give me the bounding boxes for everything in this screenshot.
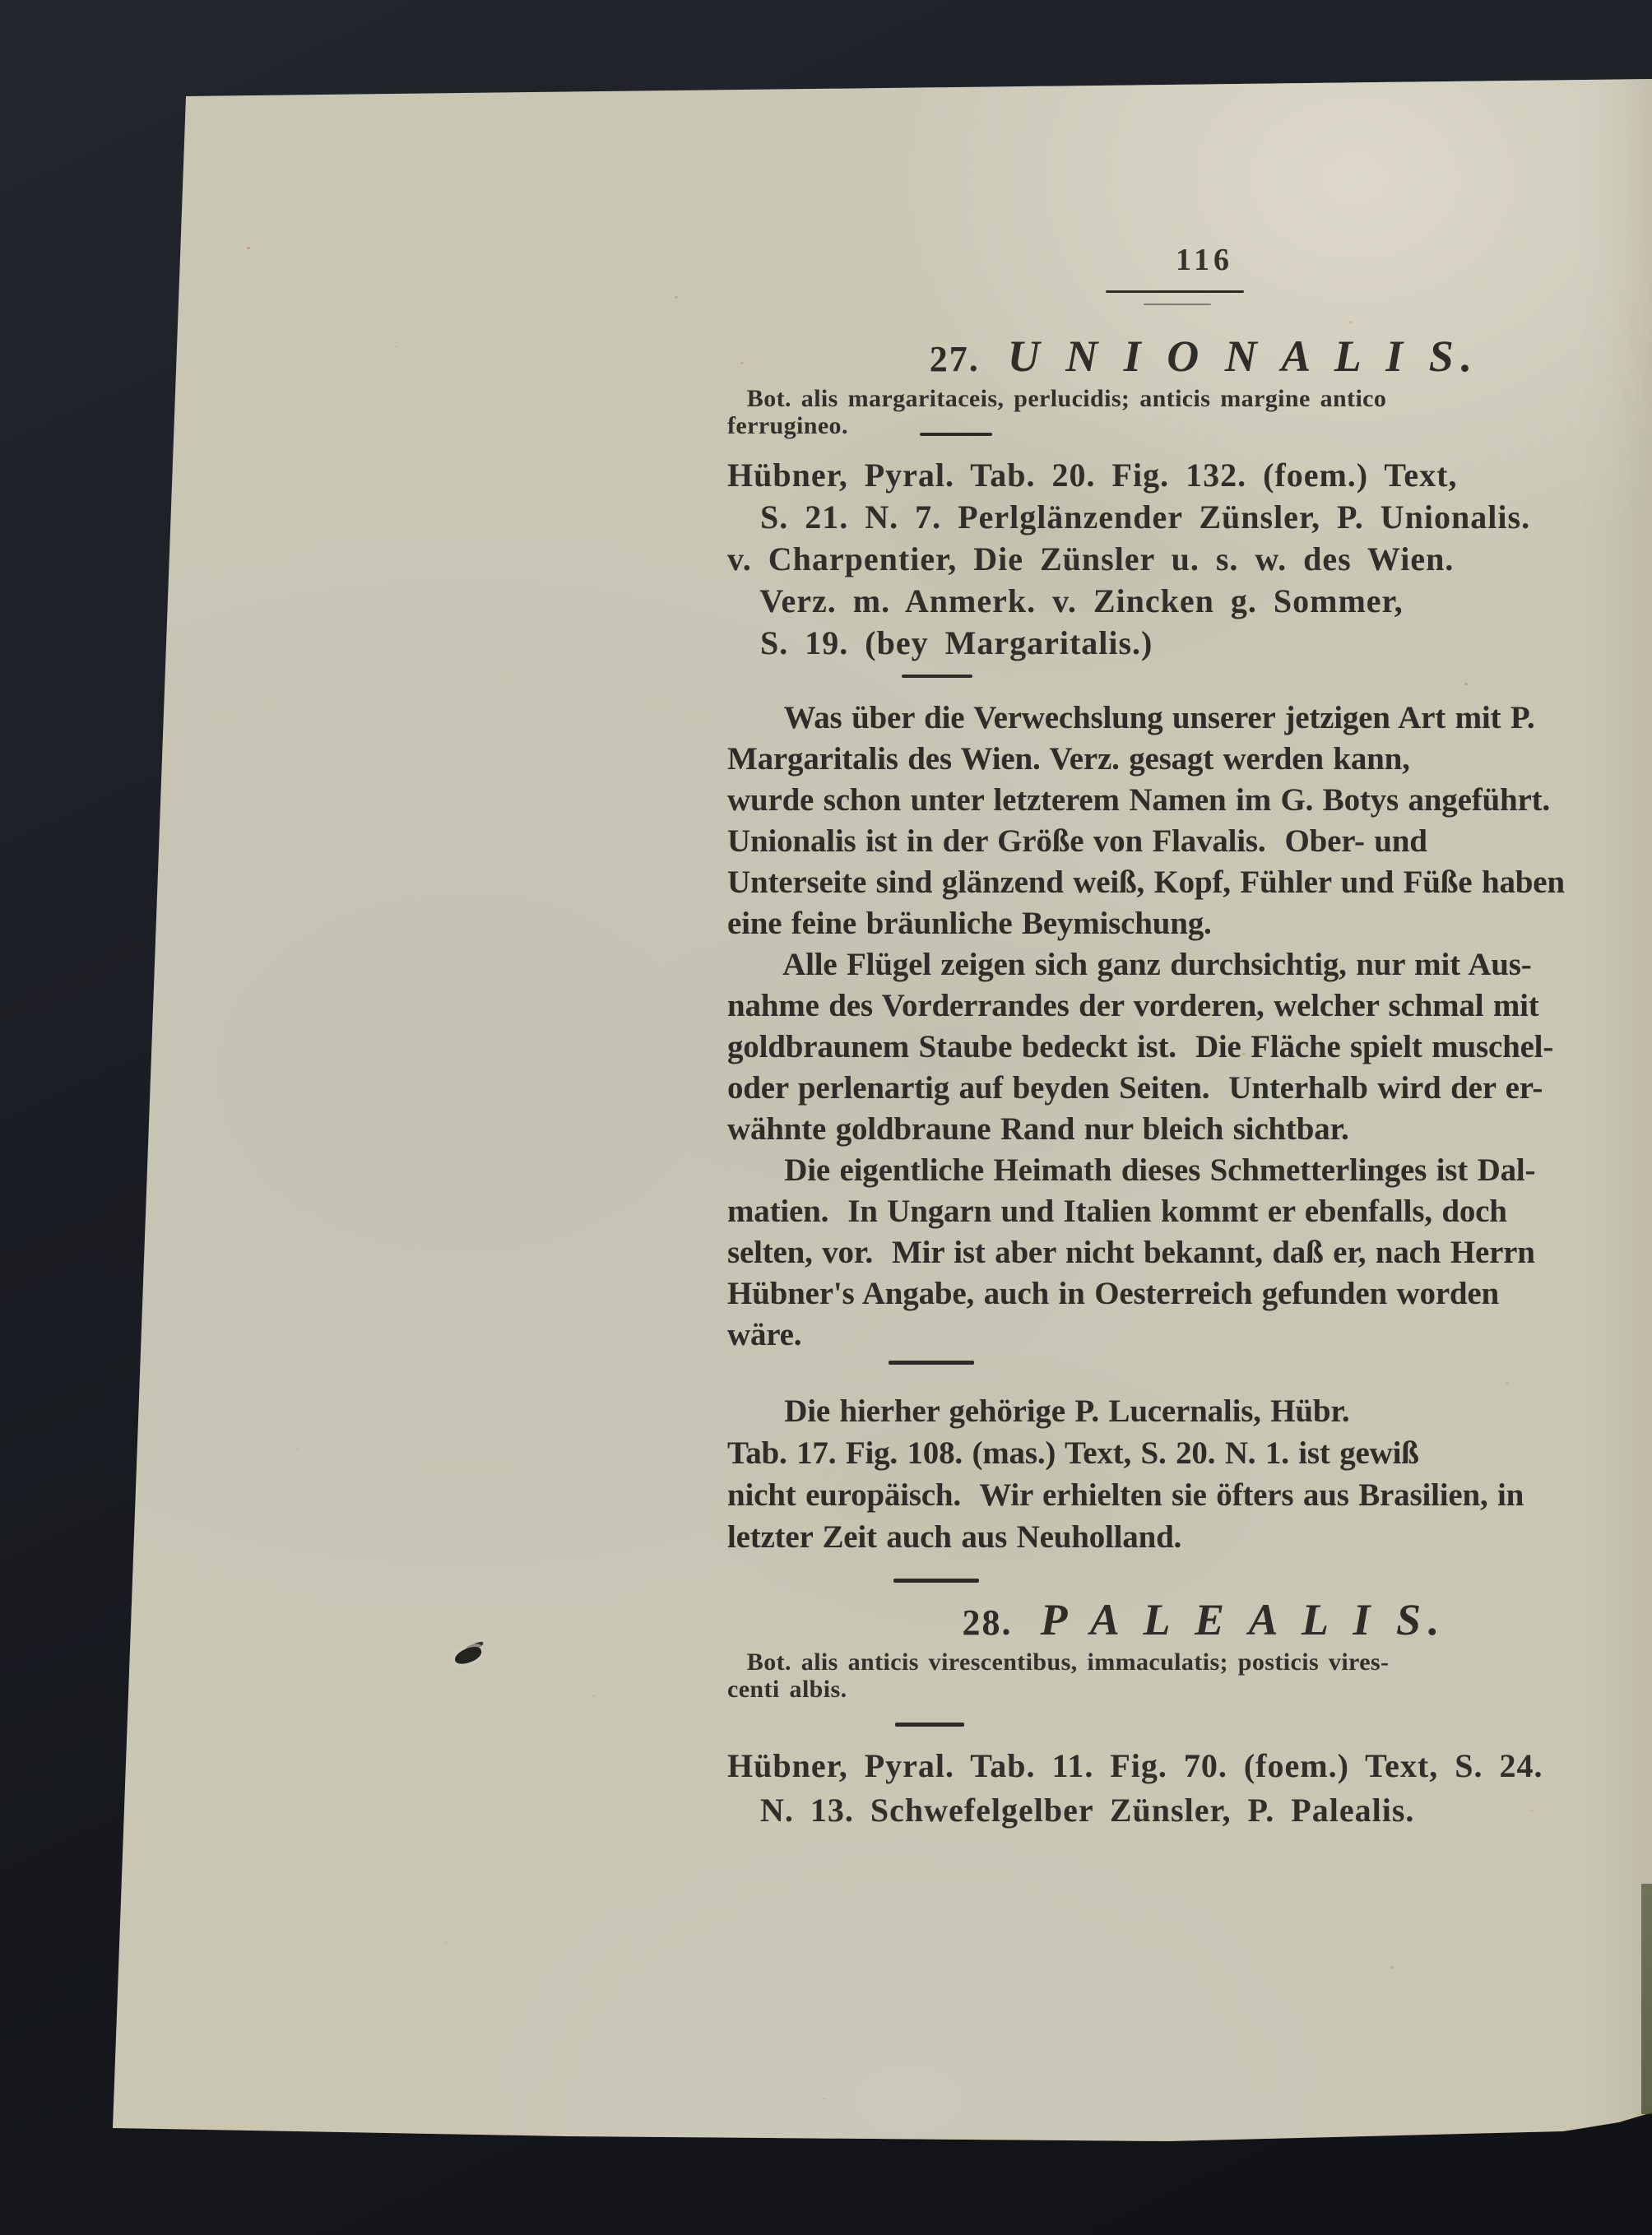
text-line: S. 19. (bey Margaritalis.) [727,622,1589,664]
text-line: wähnte goldbraune Rand nur bleich sichtb… [727,1109,1589,1150]
page-number: 116 [727,242,1636,278]
text-line: Bot. alis margaritaceis, perlucidis; ant… [727,385,1589,412]
section-27-citation: Hübner, Pyral. Tab. 20. Fig. 132. (foem.… [727,454,1589,664]
section-27-body-text: Was über die Verwechslung unserer jetzig… [727,698,1589,1356]
section-27-latin-diagnosis: Bot. alis margaritaceis, perlucidis; ant… [727,385,1589,439]
text-line: Hübner's Angabe, auch in Oesterreich gef… [727,1273,1589,1315]
page-number-rule-2 [1144,304,1211,305]
section-27-lucernalis-note: Die hierher gehörige P. Lucernalis, Hübr… [727,1390,1589,1558]
text-line: Unionalis ist in der Größe von Flavalis.… [727,821,1589,862]
text-line: centi albis. [727,1676,1589,1703]
text-line: goldbraunem Staube bedeckt ist. Die Fläc… [727,1027,1589,1068]
text-line: Tab. 17. Fig. 108. (mas.) Text, S. 20. N… [727,1432,1589,1474]
text-line: Alle Flügel zeigen sich ganz durchsichti… [727,944,1589,985]
section-27-heading: 27.U N I O N A L I S. [727,331,1636,382]
text-line: Margaritalis des Wien. Verz. gesagt werd… [727,739,1589,780]
species-number: 27. [930,339,980,379]
text-line: matien. In Ungarn und Italien kommt er e… [727,1191,1589,1232]
book-page: 116 27.U N I O N A L I S. Bot. alis marg… [0,0,1652,2235]
page-number-rule [1106,290,1244,293]
section-28-latin-diagnosis: Bot. alis anticis virescentibus, immacul… [727,1648,1589,1703]
text-line: eine feine bräunliche Beymischung. [727,903,1589,944]
divider-rule [893,1579,979,1583]
text-line: Hübner, Pyral. Tab. 11. Fig. 70. (foem.)… [727,1744,1589,1788]
section-28-citation: Hübner, Pyral. Tab. 11. Fig. 70. (foem.)… [727,1744,1589,1833]
text-line: selten, vor. Mir ist aber nicht bekannt,… [727,1232,1589,1273]
text-line: Bot. alis anticis virescentibus, immacul… [727,1648,1589,1676]
divider-rule [902,675,972,678]
text-line: N. 13. Schwefelgelber Zünsler, P. Paleal… [727,1788,1589,1833]
text-line: Verz. m. Anmerk. v. Zincken g. Sommer, [727,580,1589,622]
text-line: Die eigentliche Heimath dieses Schmetter… [727,1150,1589,1191]
text-line: wäre. [727,1315,1589,1356]
scan-background: 116 27.U N I O N A L I S. Bot. alis marg… [0,0,1652,2235]
text-line: Unterseite sind glänzend weiß, Kopf, Füh… [727,862,1589,903]
text-line: S. 21. N. 7. Perlglänzender Zünsler, P. … [727,496,1589,538]
species-name: U N I O N A L I S. [1008,332,1480,381]
divider-rule [895,1723,964,1727]
divider-rule [920,433,992,436]
species-name: P A L E A L I S. [1040,1595,1446,1644]
section-28-heading: 28.P A L E A L I S. [727,1594,1636,1645]
text-line: nicht europäisch. Wir erhielten sie öfte… [727,1474,1589,1516]
text-line: ferrugineo. [727,412,1589,439]
text-line: letzter Zeit auch aus Neuholland. [727,1516,1589,1558]
text-line: wurde schon unter letzterem Namen im G. … [727,780,1589,821]
text-line: oder perlenartig auf beyden Seiten. Unte… [727,1068,1589,1109]
text-line: v. Charpentier, Die Zünsler u. s. w. des… [727,538,1589,580]
text-line: Was über die Verwechslung unserer jetzig… [727,698,1589,739]
divider-rule [889,1361,974,1365]
text-line: Die hierher gehörige P. Lucernalis, Hübr… [727,1390,1589,1432]
underlying-page-edge [1641,1884,1652,2114]
species-number: 28. [962,1602,1012,1643]
paper-specks [247,247,250,249]
text-line: nahme des Vorderrandes der vorderen, wel… [727,985,1589,1027]
text-line: Hübner, Pyral. Tab. 20. Fig. 132. (foem.… [727,454,1589,496]
